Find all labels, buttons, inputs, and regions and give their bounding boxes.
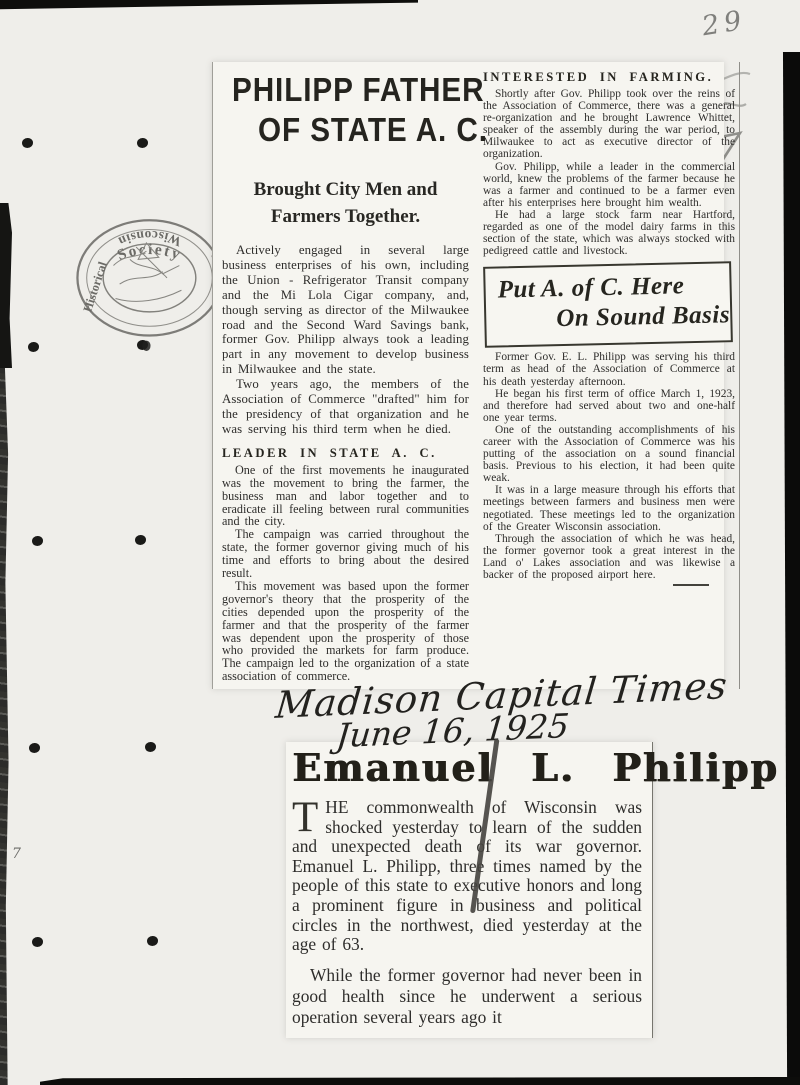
- clipping-philipp-father: PHILIPP FATHER OF STATE A. C. Brought Ci…: [212, 62, 724, 689]
- punch-hole: [147, 936, 158, 946]
- scan-edge-right: [777, 52, 800, 1085]
- clipping1-deck: Brought City Men and Farmers Together.: [222, 176, 469, 230]
- drop-cap: T: [292, 798, 325, 834]
- punch-hole: [32, 536, 43, 546]
- section-header: LEADER IN STATE A. C.: [222, 446, 469, 461]
- body-paragraph: Former Gov. E. L. Philipp was serving hi…: [483, 351, 735, 387]
- deck-line1: Brought City Men and: [222, 176, 469, 203]
- punch-hole: [29, 743, 40, 753]
- body-paragraph: Shortly after Gov. Philipp took over the…: [483, 88, 735, 161]
- section-header: INTERESTED IN FARMING.: [483, 70, 735, 85]
- end-rule: [673, 584, 709, 586]
- punch-hole: [135, 535, 146, 545]
- scan-edge-bottom: [40, 1077, 800, 1085]
- body-paragraph: While the former governor had never been…: [292, 965, 642, 1028]
- body-paragraph: Actively engaged in several large busine…: [222, 243, 469, 377]
- body-paragraph: The campaign was carried throughout the …: [222, 528, 469, 580]
- body-paragraph: Gov. Philipp, while a leader in the comm…: [483, 161, 735, 209]
- body-paragraph: He had a large stock farm near Hartford,…: [483, 209, 735, 257]
- body-paragraph: THE commonwealth of Wisconsin was shocke…: [292, 798, 642, 955]
- seal-band-left: Historical: [80, 259, 110, 313]
- scan-edge-top: [0, 0, 418, 10]
- body-paragraph: Through the association of which he was …: [483, 533, 735, 581]
- body-paragraph: He began his first term of office March …: [483, 388, 735, 424]
- clipping1-left-column: PHILIPP FATHER OF STATE A. C. Brought Ci…: [212, 62, 474, 689]
- punch-hole: [32, 937, 43, 947]
- body-paragraph: One of the outstanding accomplishments o…: [483, 424, 735, 484]
- clipping-emanuel-philipp: Emanuel L. Philipp THE commonwealth of W…: [286, 742, 653, 1038]
- paragraph-text: HE commonwealth of Wisconsin was shocked…: [292, 797, 642, 954]
- body-paragraph: One of the first movements he inaugurate…: [222, 464, 469, 529]
- boxed-subheadline: Put A. of C. Here On Sound Basis: [483, 262, 733, 349]
- punch-hole: [22, 138, 33, 148]
- body-paragraph: This movement was based upon the former …: [222, 580, 469, 683]
- scan-edge-left-lower: [0, 368, 9, 1085]
- scan-edge-left-upper: [0, 203, 12, 368]
- pencil-margin-mark: 7: [12, 846, 21, 862]
- historical-society-seal: Society Wisconsin Historical Founded 184…: [72, 212, 227, 352]
- headline-line2: OF STATE A. C.: [258, 110, 448, 150]
- pencil-page-number: 29: [700, 5, 749, 43]
- punch-hole: [137, 138, 148, 148]
- scanned-scrapbook-page: 29 7 Society Wisconsin Historical Founde…: [0, 0, 800, 1085]
- deck-line2: Farmers Together.: [222, 203, 469, 230]
- punch-hole: [28, 342, 39, 352]
- seal-ink-drip: [142, 341, 150, 351]
- headline-line1: PHILIPP FATHER: [232, 70, 445, 110]
- punch-hole: [145, 742, 156, 752]
- clipping1-headline: PHILIPP FATHER OF STATE A. C.: [222, 70, 469, 150]
- clipping1-right-column: INTERESTED IN FARMING. Shortly after Gov…: [476, 62, 740, 689]
- box-headline-line2: On Sound Basis: [556, 301, 725, 335]
- body-paragraph: It was in a large measure through his ef…: [483, 484, 735, 532]
- body-paragraph: Two years ago, the members of the Associ…: [222, 377, 469, 437]
